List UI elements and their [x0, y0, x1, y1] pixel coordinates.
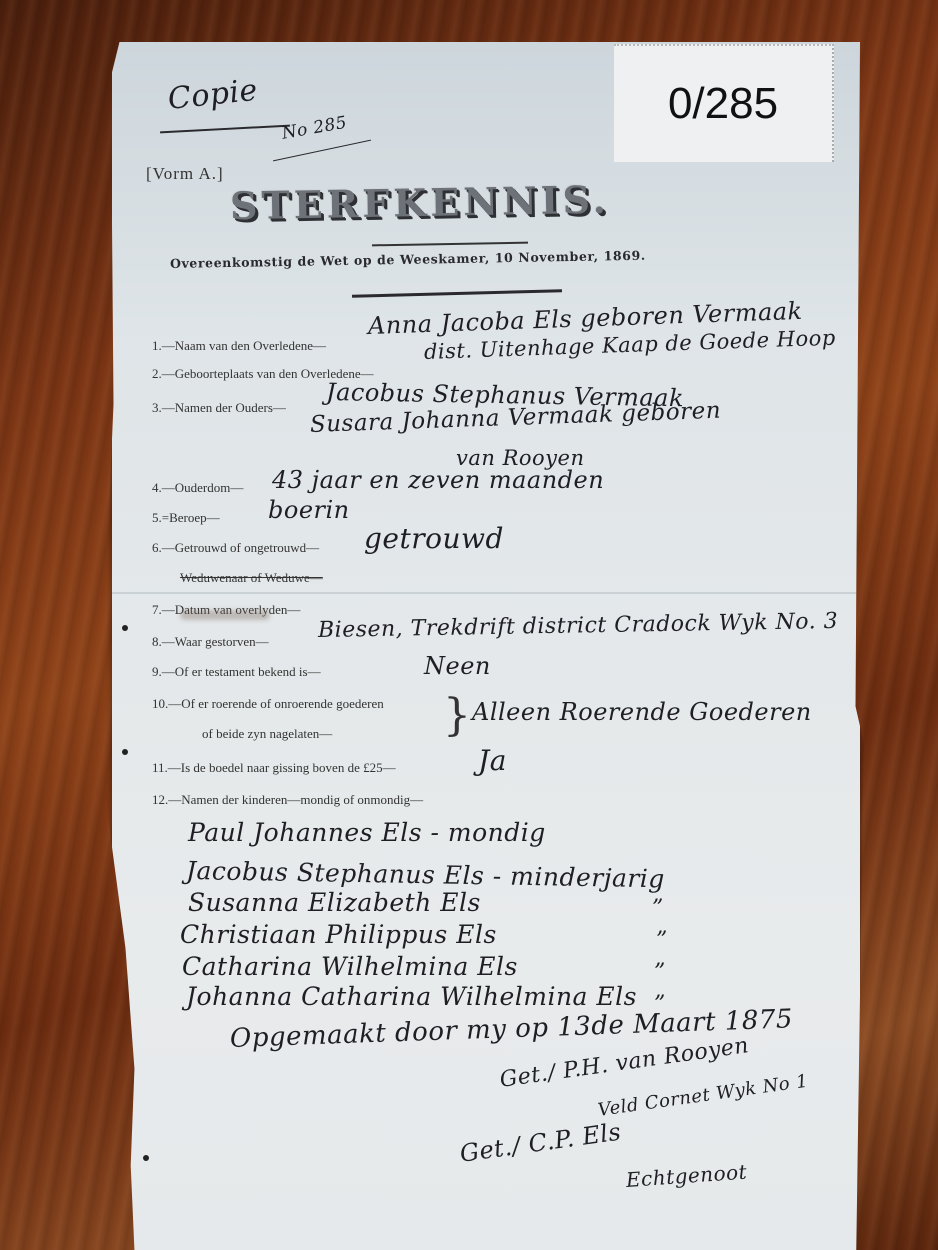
field-11-label: 11.—Is de boedel naar gissing boven de £…: [152, 760, 396, 776]
field-8-label: 8.—Waar gestorven—: [152, 634, 269, 650]
field-5-value: boerin: [268, 496, 350, 524]
form-label: [Vorm A.]: [146, 164, 224, 184]
child-4: Christiaan Philippus Els: [180, 920, 497, 949]
field-1-label: 1.—Naam van den Overledene—: [152, 338, 326, 354]
field-3-label: 3.—Namen der Ouders—: [152, 400, 286, 416]
child-3-status: ”: [652, 896, 664, 921]
field-11-value: Ja: [478, 744, 507, 777]
archive-sticker-label: 0/285: [614, 44, 834, 162]
field-10-label: 10.—Of er roerende of onroerende goedere…: [152, 696, 384, 712]
field-10-label-line2: of beide zyn nagelaten—: [202, 726, 332, 742]
field-12-label: 12.—Namen der kinderen—mondig of onmondi…: [152, 792, 423, 808]
field-9-label: 9.—Of er testament bekend is—: [152, 664, 321, 680]
field-5-label: 5.=Beroep—: [152, 510, 220, 526]
binding-hole: [122, 749, 128, 755]
smudge-mark: [180, 610, 270, 620]
field-9-value: Neen: [424, 652, 491, 680]
child-6: Johanna Catharina Wilhelmina Els: [186, 982, 637, 1011]
child-4-status: ”: [656, 928, 668, 953]
binding-hole: [143, 1155, 149, 1161]
child-5-status: ”: [654, 960, 666, 985]
field-10-value: Alleen Roerende Goederen: [472, 698, 812, 726]
document-title: STERFKENNIS.: [230, 177, 611, 229]
field-6-value: getrouwd: [364, 522, 504, 555]
field-6-label: 6.—Getrouwd of ongetrouwd—: [152, 540, 319, 556]
field-4-label: 4.—Ouderdom—: [152, 480, 243, 496]
field-4-value: 43 jaar en zeven maanden: [272, 466, 604, 494]
binding-hole: [122, 625, 128, 631]
field-10-brace: }: [443, 690, 471, 741]
field-6-struck-option: Weduwenaar of Weduwe—: [180, 570, 323, 586]
child-1: Paul Johannes Els - mondig: [188, 818, 546, 847]
child-5: Catharina Wilhelmina Els: [182, 952, 518, 981]
child-3: Susanna Elizabeth Els: [188, 888, 481, 917]
